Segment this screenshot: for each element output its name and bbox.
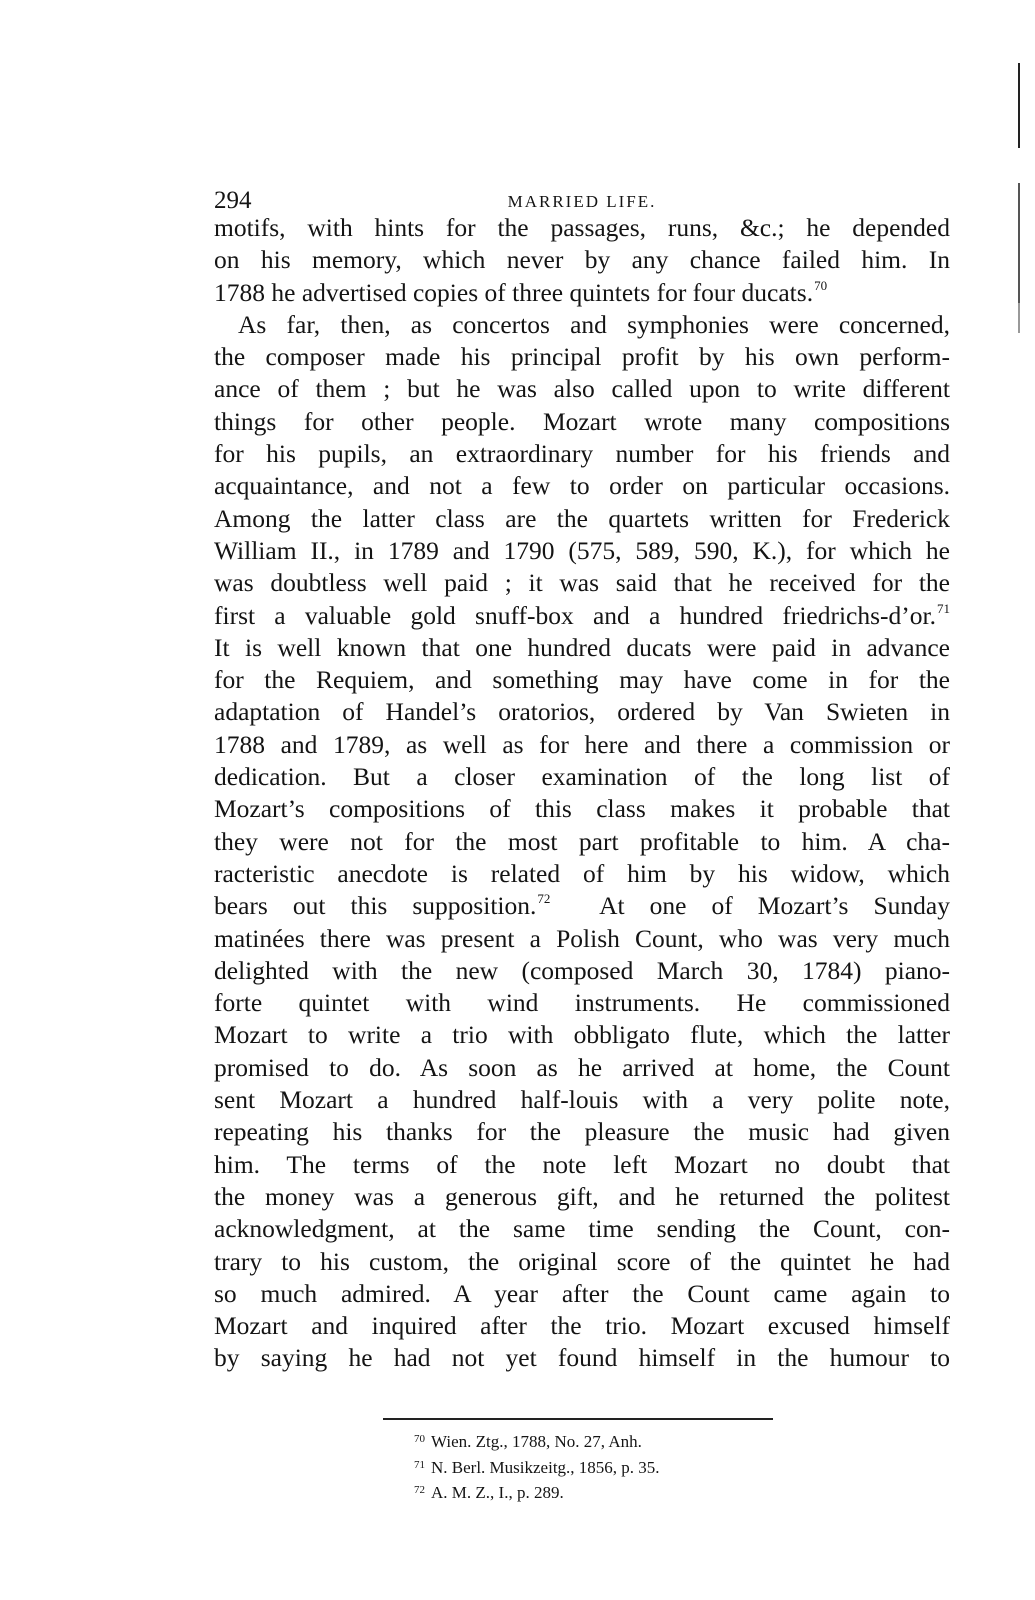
- text-line: the money was a generous gift, and he re…: [214, 1181, 950, 1213]
- line-text: for the Requiem, and something may have …: [214, 665, 950, 694]
- text-line: so much admired. A year after the Count …: [214, 1278, 950, 1310]
- footnote-reference[interactable]: 72: [537, 891, 550, 906]
- body-text: motifs, with hints for the passages, run…: [214, 212, 950, 1375]
- text-line: him. The terms of the note left Mozart n…: [214, 1149, 950, 1181]
- line-text: adaptation of Handel’s oratorios, ordere…: [214, 697, 950, 726]
- line-text: on his memory, which never by any chance…: [214, 245, 950, 274]
- text-line: acknowledgment, at the same time sending…: [214, 1213, 950, 1245]
- line-text: dedication. But a closer examination of …: [214, 762, 950, 791]
- line-text: matinées there was present a Polish Coun…: [214, 924, 950, 953]
- text-line: As far, then, as concertos and symphonie…: [214, 309, 950, 341]
- text-line: racteristic anecdote is related of him b…: [214, 858, 950, 890]
- line-text: racteristic anecdote is related of him b…: [214, 859, 950, 888]
- line-text: delighted with the new (composed March 3…: [214, 956, 950, 985]
- text-line: they were not for the most part profitab…: [214, 826, 950, 858]
- line-text: Mozart to write a trio with obbligato fl…: [214, 1020, 950, 1049]
- line-text: 1788 he advertised copies of three quint…: [214, 278, 813, 307]
- line-text: ance of them ; but he was also called up…: [214, 374, 950, 403]
- text-line: promised to do. As soon as he arrived at…: [214, 1052, 950, 1084]
- line-text: William II., in 1789 and 1790 (575, 589,…: [214, 536, 950, 565]
- footnote: 71N. Berl. Musikzeitg., 1856, p. 35.: [414, 1454, 660, 1480]
- line-text: bears out this supposition.: [214, 891, 536, 920]
- footnote-text: N. Berl. Musikzeitg., 1856, p. 35.: [431, 1458, 660, 1477]
- line-text: As far, then, as concertos and symphonie…: [238, 310, 950, 339]
- text-line: 1788 he advertised copies of three quint…: [214, 277, 950, 309]
- text-line: Mozart to write a trio with obbligato fl…: [214, 1019, 950, 1051]
- text-line: the composer made his principal profit b…: [214, 341, 950, 373]
- footnote: 70Wien. Ztg., 1788, No. 27, Anh.: [414, 1428, 660, 1454]
- text-line: acquaintance, and not a few to order on …: [214, 470, 950, 502]
- line-text: acquaintance, and not a few to order on …: [214, 471, 950, 500]
- footnote-rule: [383, 1418, 773, 1420]
- text-line: by saying he had not yet found himself i…: [214, 1342, 950, 1374]
- line-text: motifs, with hints for the passages, run…: [214, 213, 950, 242]
- text-line: It is well known that one hundred ducats…: [214, 632, 950, 664]
- scan-edge-line: [1018, 183, 1020, 303]
- text-line: on his memory, which never by any chance…: [214, 244, 950, 276]
- scan-edge-line: [1018, 303, 1020, 333]
- text-line: dedication. But a closer examination of …: [214, 761, 950, 793]
- text-line: forte quintet with wind instruments. He …: [214, 987, 950, 1019]
- footnote-mark: 71: [414, 1459, 425, 1471]
- footnote-reference[interactable]: 71: [937, 601, 950, 616]
- text-line: sent Mozart a hundred half-louis with a …: [214, 1084, 950, 1116]
- footnote-mark: 72: [414, 1484, 425, 1496]
- line-continuation: At one of Mozart’s Sunday: [550, 891, 950, 920]
- text-line: matinées there was present a Polish Coun…: [214, 923, 950, 955]
- footnotes: 70Wien. Ztg., 1788, No. 27, Anh.71N. Ber…: [414, 1428, 660, 1505]
- text-line: repeating his thanks for the pleasure th…: [214, 1116, 950, 1148]
- line-text: the composer made his principal profit b…: [214, 342, 950, 371]
- line-text: It is well known that one hundred ducats…: [214, 633, 950, 662]
- text-line: trary to his custom, the original score …: [214, 1246, 950, 1278]
- line-text: him. The terms of the note left Mozart n…: [214, 1150, 950, 1179]
- text-line: was doubtless well paid ; it was said th…: [214, 567, 950, 599]
- text-line: things for other people. Mozart wrote ma…: [214, 406, 950, 438]
- line-text: trary to his custom, the original score …: [214, 1247, 950, 1276]
- footnote-text: A. M. Z., I., p. 289.: [431, 1483, 564, 1502]
- text-line: delighted with the new (composed March 3…: [214, 955, 950, 987]
- text-line: William II., in 1789 and 1790 (575, 589,…: [214, 535, 950, 567]
- line-text: acknowledgment, at the same time sending…: [214, 1214, 950, 1243]
- text-line: motifs, with hints for the passages, run…: [214, 212, 950, 244]
- line-text: so much admired. A year after the Count …: [214, 1279, 950, 1308]
- text-line: for the Requiem, and something may have …: [214, 664, 950, 696]
- text-line: Mozart’s compositions of this class make…: [214, 793, 950, 825]
- footnote-mark: 70: [414, 1433, 425, 1445]
- line-text: by saying he had not yet found himself i…: [214, 1343, 950, 1372]
- line-text: for his pupils, an extraordinary number …: [214, 439, 950, 468]
- line-text: Mozart and inquired after the trio. Moza…: [214, 1311, 950, 1340]
- text-line: ance of them ; but he was also called up…: [214, 373, 950, 405]
- text-line: for his pupils, an extraordinary number …: [214, 438, 950, 470]
- text-line: first a valuable gold snuff-box and a hu…: [214, 600, 950, 632]
- text-line: adaptation of Handel’s oratorios, ordere…: [214, 696, 950, 728]
- text-line: Mozart and inquired after the trio. Moza…: [214, 1310, 950, 1342]
- scan-edge-line: [1018, 63, 1020, 148]
- footnote-text: Wien. Ztg., 1788, No. 27, Anh.: [431, 1432, 642, 1451]
- text-line: bears out this supposition.72 At one of …: [214, 890, 950, 922]
- line-text: was doubtless well paid ; it was said th…: [214, 568, 950, 597]
- line-text: the money was a generous gift, and he re…: [214, 1182, 950, 1211]
- line-text: things for other people. Mozart wrote ma…: [214, 407, 950, 436]
- line-text: forte quintet with wind instruments. He …: [214, 988, 950, 1017]
- footnote-reference[interactable]: 70: [814, 278, 827, 293]
- footnote: 72A. M. Z., I., p. 289.: [414, 1479, 660, 1505]
- line-text: Mozart’s compositions of this class make…: [214, 794, 950, 823]
- line-text: first a valuable gold snuff-box and a hu…: [214, 601, 936, 630]
- text-line: Among the latter class are the quartets …: [214, 503, 950, 535]
- line-text: sent Mozart a hundred half-louis with a …: [214, 1085, 950, 1114]
- line-text: Among the latter class are the quartets …: [214, 504, 950, 533]
- line-text: promised to do. As soon as he arrived at…: [214, 1053, 950, 1082]
- text-line: 1788 and 1789, as well as for here and t…: [214, 729, 950, 761]
- line-text: 1788 and 1789, as well as for here and t…: [214, 730, 950, 759]
- line-text: repeating his thanks for the pleasure th…: [214, 1117, 950, 1146]
- line-text: they were not for the most part profitab…: [214, 827, 950, 856]
